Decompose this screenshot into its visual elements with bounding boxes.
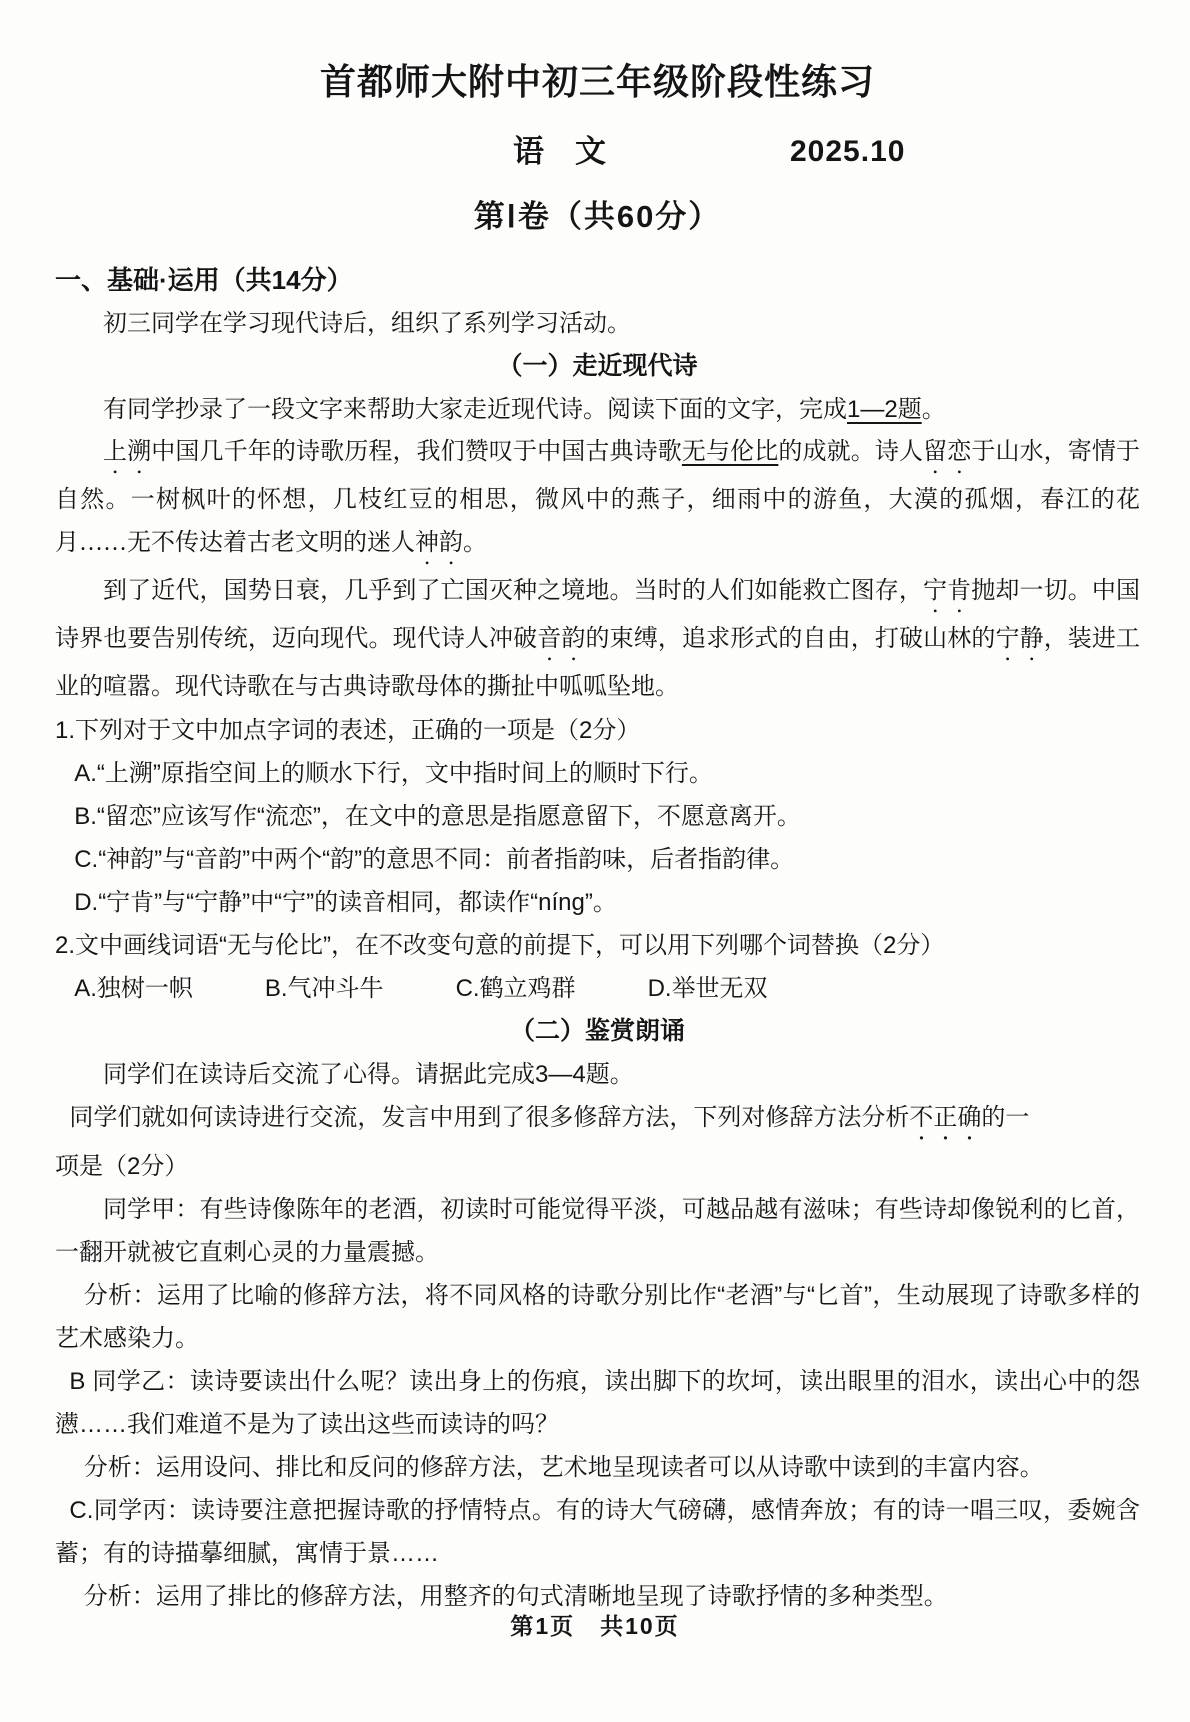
emphasis-dotted-text: 宁肯 xyxy=(923,578,971,604)
q2-option-a: A.独树一帜 xyxy=(74,967,193,1010)
q2-option-b: B.气冲斗牛 xyxy=(265,967,384,1010)
passage-paragraph-2: 到了近代，国势日衰，几乎到了亡国灭种之境地。当时的人们如能救亡图存，宁肯抛却一切… xyxy=(55,570,1140,709)
q1-stem: 1.下列对于文中加点字词的表述，正确的一项是（2分） xyxy=(55,709,1140,752)
q3-stem: 同学们就如何读诗进行交流，发言中用到了很多修辞方法，下列对修辞方法分析不正确的一… xyxy=(55,1096,1140,1188)
dialogue-analysis-1: 分析：运用了比喻的修辞方法，将不同风格的诗歌分别比作“老酒”与“匕首”，生动展现… xyxy=(55,1274,1140,1360)
q1-option-b: B.“留恋”应该写作“流恋”，在文中的意思是指愿意留下，不愿意离开。 xyxy=(55,795,1140,838)
text-segment: 中国几千年的诗歌历程，我们赞叹于中国古典诗歌 xyxy=(151,439,682,465)
emphasis-dotted-text: 宁静 xyxy=(995,626,1043,652)
text-segment: 项是（2分） xyxy=(55,1153,188,1180)
emphasis-dotted-text: 音韵 xyxy=(537,626,585,652)
q2-option-c: C.鹤立鸡群 xyxy=(456,967,576,1010)
emphasis-dotted-text: 留恋 xyxy=(923,439,971,465)
q2-options: A.独树一帜 B.气冲斗牛 C.鹤立鸡群 D.举世无双 xyxy=(55,967,1140,1010)
subject-label: 语 文 xyxy=(513,130,606,174)
text-segment: 的束缚，追求形式的自由，打破山林的 xyxy=(586,626,996,652)
passage-paragraph-1: 上溯中国几千年的诗歌历程，我们赞叹于中国古典诗歌无与伦比的成就。诗人留恋于山水，… xyxy=(55,431,1140,570)
page-title: 首都师大附中初三年级阶段性练习 xyxy=(55,58,1140,106)
part2-lead: 同学们在读诗后交流了心得。请据此完成3—4题。 xyxy=(55,1053,1140,1096)
section1-heading: 一、基础·运用（共14分） xyxy=(55,258,1140,302)
emphasis-dotted-text: 不正确 xyxy=(909,1104,981,1131)
part1-lead: 有同学抄录了一段文字来帮助大家走近现代诗。阅读下面的文字，完成1—2题。 xyxy=(55,388,1140,431)
text-segment: 有同学抄录了一段文字来帮助大家走近现代诗。阅读下面的文字，完成 xyxy=(103,396,847,423)
part1-heading: （一）走近现代诗 xyxy=(55,345,1140,388)
text-segment: 的一 xyxy=(981,1104,1029,1131)
dialogue-speaker-1: 同学甲：有些诗像陈年的老酒，初读时可能觉得平淡，可越品越有滋味；有些诗却像锐利的… xyxy=(55,1188,1140,1274)
text-segment: 。 xyxy=(463,530,487,556)
exam-date: 2025.10 xyxy=(790,130,905,174)
volume-heading: 第Ⅰ卷（共60分） xyxy=(55,194,1140,240)
q2-stem: 2.文中画线词语“无与伦比”，在不改变句意的前提下，可以用下列哪个词替换（2分） xyxy=(55,924,1140,967)
page-footer: 第1页 共10页 xyxy=(0,1608,1190,1641)
exam-page: 首都师大附中初三年级阶段性练习 语 文 2025.10 第Ⅰ卷（共60分） 一、… xyxy=(0,0,1190,1618)
underlined-text: 1—2题 xyxy=(847,396,922,423)
dialogue-speaker-3: C.同学丙：读诗要注意把握诗歌的抒情特点。有的诗大气磅礴，感情奔放；有的诗一唱三… xyxy=(55,1489,1140,1575)
text-segment: 同学们就如何读诗进行交流，发言中用到了很多修辞方法，下列对修辞方法分析 xyxy=(69,1104,909,1131)
text-segment: 到了近代，国势日衰，几乎到了亡国灭种之境地。当时的人们如能救亡图存， xyxy=(103,578,923,604)
q1-option-c: C.“神韵”与“音韵”中两个“韵”的意思不同：前者指韵味，后者指韵律。 xyxy=(55,838,1140,881)
q1-option-d: D.“宁肯”与“宁静”中“宁”的读音相同，都读作“níng”。 xyxy=(55,881,1140,924)
text-segment: 的成就。诗人 xyxy=(778,439,923,465)
part2-heading: （二）鉴赏朗诵 xyxy=(55,1010,1140,1053)
emphasis-dotted-text: 神韵 xyxy=(415,530,463,556)
dialogue-speaker-2: B 同学乙：读诗要读出什么呢？读出身上的伤痕，读出脚下的坎坷，读出眼里的泪水，读… xyxy=(55,1360,1140,1446)
underlined-text: 无与伦比 xyxy=(682,439,778,465)
emphasis-dotted-text: 上溯 xyxy=(103,439,151,465)
section1-intro: 初三同学在学习现代诗后，组织了系列学习活动。 xyxy=(55,302,1140,345)
q1-option-a: A.“上溯”原指空间上的顺水下行，文中指时间上的顺时下行。 xyxy=(55,752,1140,795)
subject-line: 语 文 2025.10 xyxy=(55,130,1140,174)
text-segment: 。 xyxy=(922,396,946,423)
q2-option-d: D.举世无双 xyxy=(648,967,768,1010)
dialogue-analysis-2: 分析：运用设问、排比和反问的修辞方法，艺术地呈现读者可以从诗歌中读到的丰富内容。 xyxy=(55,1446,1140,1489)
